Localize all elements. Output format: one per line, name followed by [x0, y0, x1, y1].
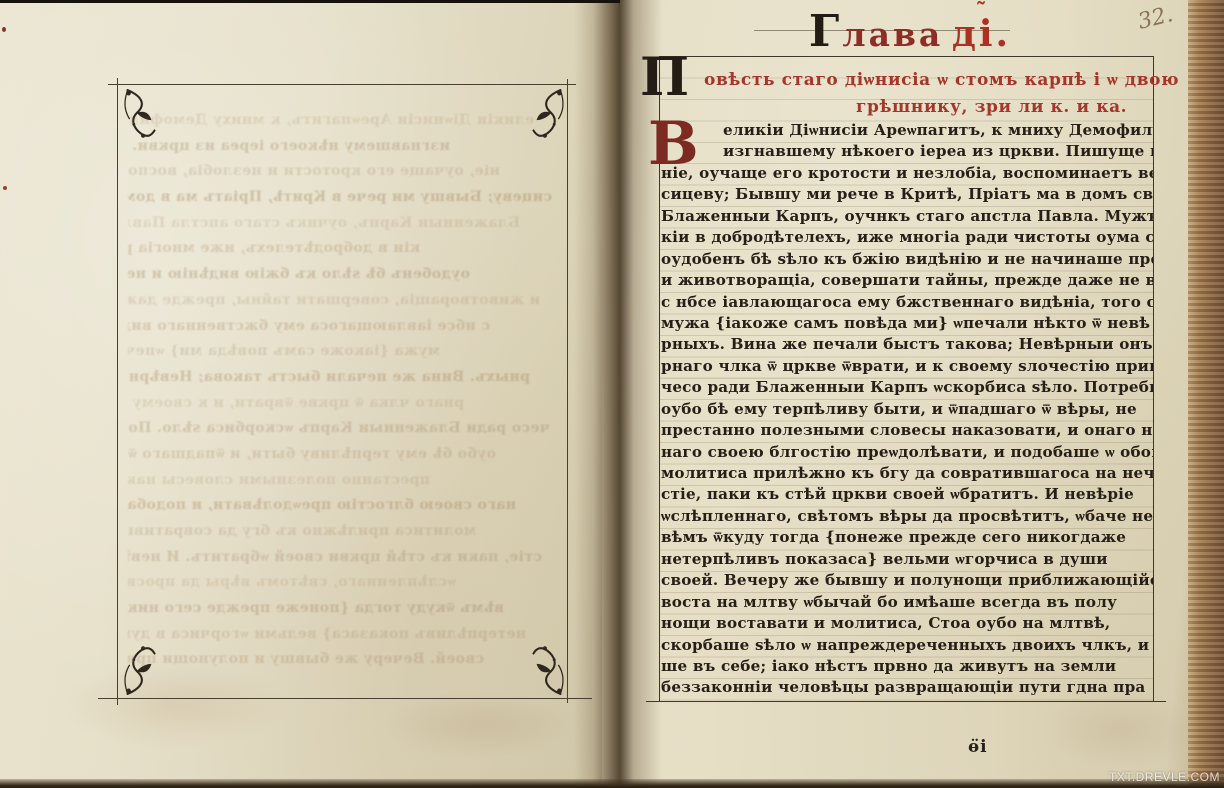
body-line: нетерпѣливъ показаса} вельми ѡгорчиса в …: [661, 550, 1153, 571]
body-line: стіе, паки къ стѣй цркви своей ѡбратитъ.…: [661, 485, 1153, 506]
bleedthrough-line: и животворащіа, совершати тайны, прежде …: [128, 292, 560, 318]
chapter-heading-word: лава: [842, 15, 943, 54]
bleedthrough-line: рныхъ. Вина же печали быстъ такова; Невѣ…: [128, 369, 560, 395]
bleedthrough-line: ніе, оучаще его кротости и незлобіа, вос…: [128, 163, 560, 189]
body-line: и животворащіа, совершати тайны, прежде …: [661, 271, 1153, 292]
ink-speck: [2, 27, 6, 32]
body-line: своей. Вечеру же бывшу и полунощи прибли…: [661, 571, 1153, 592]
chapter-heading: Глава ді.˜: [710, 6, 1110, 57]
quire-mark: ѳ̈і: [968, 737, 988, 757]
bleedthrough-line: сицеву; Бывшу ми рече в Критѣ, Пріатъ ма…: [128, 189, 560, 215]
frame-line-right: [567, 79, 568, 703]
bleedthrough-line: мужа {іакоже самъ повѣда ми} ѡпечали нѣк…: [128, 343, 560, 369]
body-line: ше въ себе; іако нѣстъ првно да живутъ н…: [661, 657, 1153, 678]
body-line: с нбсе іавлающагоса ему бжственнаго видѣ…: [661, 293, 1153, 314]
chapter-heading-initial: Г: [809, 6, 842, 57]
body-line: сицеву; Бывшу ми рече в Критѣ, Пріатъ ма…: [661, 185, 1153, 206]
bleedthrough-line: своей. Вечеру же бывшу и полунощи прибли…: [128, 651, 560, 677]
body-line: изгнавшему нѣкоего іереа из цркви. Пишущ…: [661, 142, 1153, 163]
body-line: рныхъ. Вина же печали быстъ такова; Невѣ…: [661, 335, 1153, 356]
body-line: Блаженныи Карпъ, оучнкъ стаго апстла Пав…: [661, 207, 1153, 228]
body-line: оудобенъ бѣ ѕѣло къ бжію видѣнію и не на…: [661, 250, 1153, 271]
body-text: еликіи Діѡнисіи Ареѡпагитъ, к мниху Демо…: [661, 121, 1153, 702]
body-line: скорбаше ѕѣло ѡ напреждереченныхъ двоихъ…: [661, 636, 1153, 657]
body-line: наго своею блгостію преѡдолѣвати, и подо…: [661, 443, 1153, 464]
bleedthrough-line: с нбсе іавлающагоса ему бжственнаго видѣ…: [128, 318, 560, 344]
body-line: беззаконніи человѣцы развращающіи пути г…: [661, 678, 1153, 699]
bleedthrough-line: стіе, паки къ стѣй цркви своей ѡбратитъ.…: [128, 549, 560, 575]
body-line: еликіи Діѡнисіи Ареѡпагитъ, к мниху Демо…: [661, 121, 1153, 142]
bleedthrough-text: еликіи Діѡнисіи Ареѡпагитъ, к мниху Демо…: [128, 112, 560, 678]
subtitle-line-2: грѣшнику, зри ли к. и ка.: [856, 97, 1127, 117]
ornate-initial-p: П: [640, 52, 689, 104]
body-line: престанно полезными словесы наказовати, …: [661, 421, 1153, 442]
watermark: TXT.DREVLE.COM: [1109, 770, 1220, 784]
body-line: нощи воставати и молитиса, Стоа оубо на …: [661, 614, 1153, 635]
bleedthrough-line: оудобенъ бѣ ѕѣло къ бжію видѣнію и не на…: [128, 266, 560, 292]
body-line: ніе, оучаще его кротости и незлобіа, вос…: [661, 164, 1153, 185]
subtitle-line-1: овѣсть стаго діѡнисіа ѡ стомъ карпѣ і ѡ …: [704, 70, 1179, 90]
bleedthrough-line: ѡслѣпленнаго, свѣтомъ вѣры да просвѣтитъ…: [128, 574, 560, 600]
body-line: оубо бѣ ему терпѣливу быти, и ѿпадшаго ѿ…: [661, 400, 1153, 421]
chapter-number: ді.˜: [952, 13, 1011, 55]
bleedthrough-line: изгнавшему нѣкоего іереа из цркви. Пишущ…: [128, 138, 560, 164]
ink-speck: [3, 186, 7, 190]
fore-edge-pages: [1188, 0, 1224, 788]
bleedthrough-line: рнаго члка ѿ цркве ѿврати, и к своему ѕл…: [128, 395, 560, 421]
scan-edge-bottom: [0, 779, 1224, 788]
bleedthrough-line: престанно полезными словесы наказовати, …: [128, 472, 560, 498]
text-border-right: [1153, 56, 1154, 702]
body-line: вѣмъ ѿкуду тогда {понеже прежде сего ник…: [661, 528, 1153, 549]
bleedthrough-line: молитиса прилѣжно къ бгу да совратившаго…: [128, 523, 560, 549]
bleedthrough-line: нетерпѣливъ показаса} вельми ѡгорчиса в …: [128, 626, 560, 652]
bleedthrough-line: оубо бѣ ему терпѣливу быти, и ѿпадшаго ѿ…: [128, 446, 560, 472]
bleedthrough-line: кіи в добродѣтелехъ, иже многіа ради чис…: [128, 240, 560, 266]
body-line: чесо ради Блаженныи Карпъ ѡскорбиса ѕѣло…: [661, 378, 1153, 399]
bleedthrough-line: чесо ради Блаженныи Карпъ ѡскорбиса ѕѣло…: [128, 420, 560, 446]
frame-line-top: [108, 84, 576, 85]
bleedthrough-line: еликіи Діѡнисіи Ареѡпагитъ, к мниху Демо…: [128, 112, 560, 138]
body-line: кіи в добродѣтелехъ, иже многіа ради чис…: [661, 228, 1153, 249]
manuscript-scan: еликіи Діѡнисіи Ареѡпагитъ, к мниху Демо…: [0, 0, 1224, 788]
titlo-mark: ˜: [976, 0, 990, 25]
frame-line-bottom: [98, 698, 592, 699]
bleedthrough-line: Блаженныи Карпъ, оучнкъ стаго апстла Пав…: [128, 215, 560, 241]
bleedthrough-line: вѣмъ ѿкуду тогда {понеже прежде сего ник…: [128, 600, 560, 626]
body-line: ѡслѣпленнаго, свѣтомъ вѣры да просвѣтитъ…: [661, 507, 1153, 528]
frame-line-left: [117, 78, 118, 705]
body-line: рнаго члка ѿ цркве ѿврати, и к своему ѕл…: [661, 357, 1153, 378]
bleedthrough-line: наго своею блгостію преѡдолѣвати, и подо…: [128, 497, 560, 523]
body-line: воста на млтву ѡбычай бо имѣаше всегда в…: [661, 593, 1153, 614]
body-line: мужа {іакоже самъ повѣда ми} ѡпечали нѣк…: [661, 314, 1153, 335]
scan-edge-top: [0, 0, 620, 3]
body-line: молитиса прилѣжно къ бгу да совратившаго…: [661, 464, 1153, 485]
